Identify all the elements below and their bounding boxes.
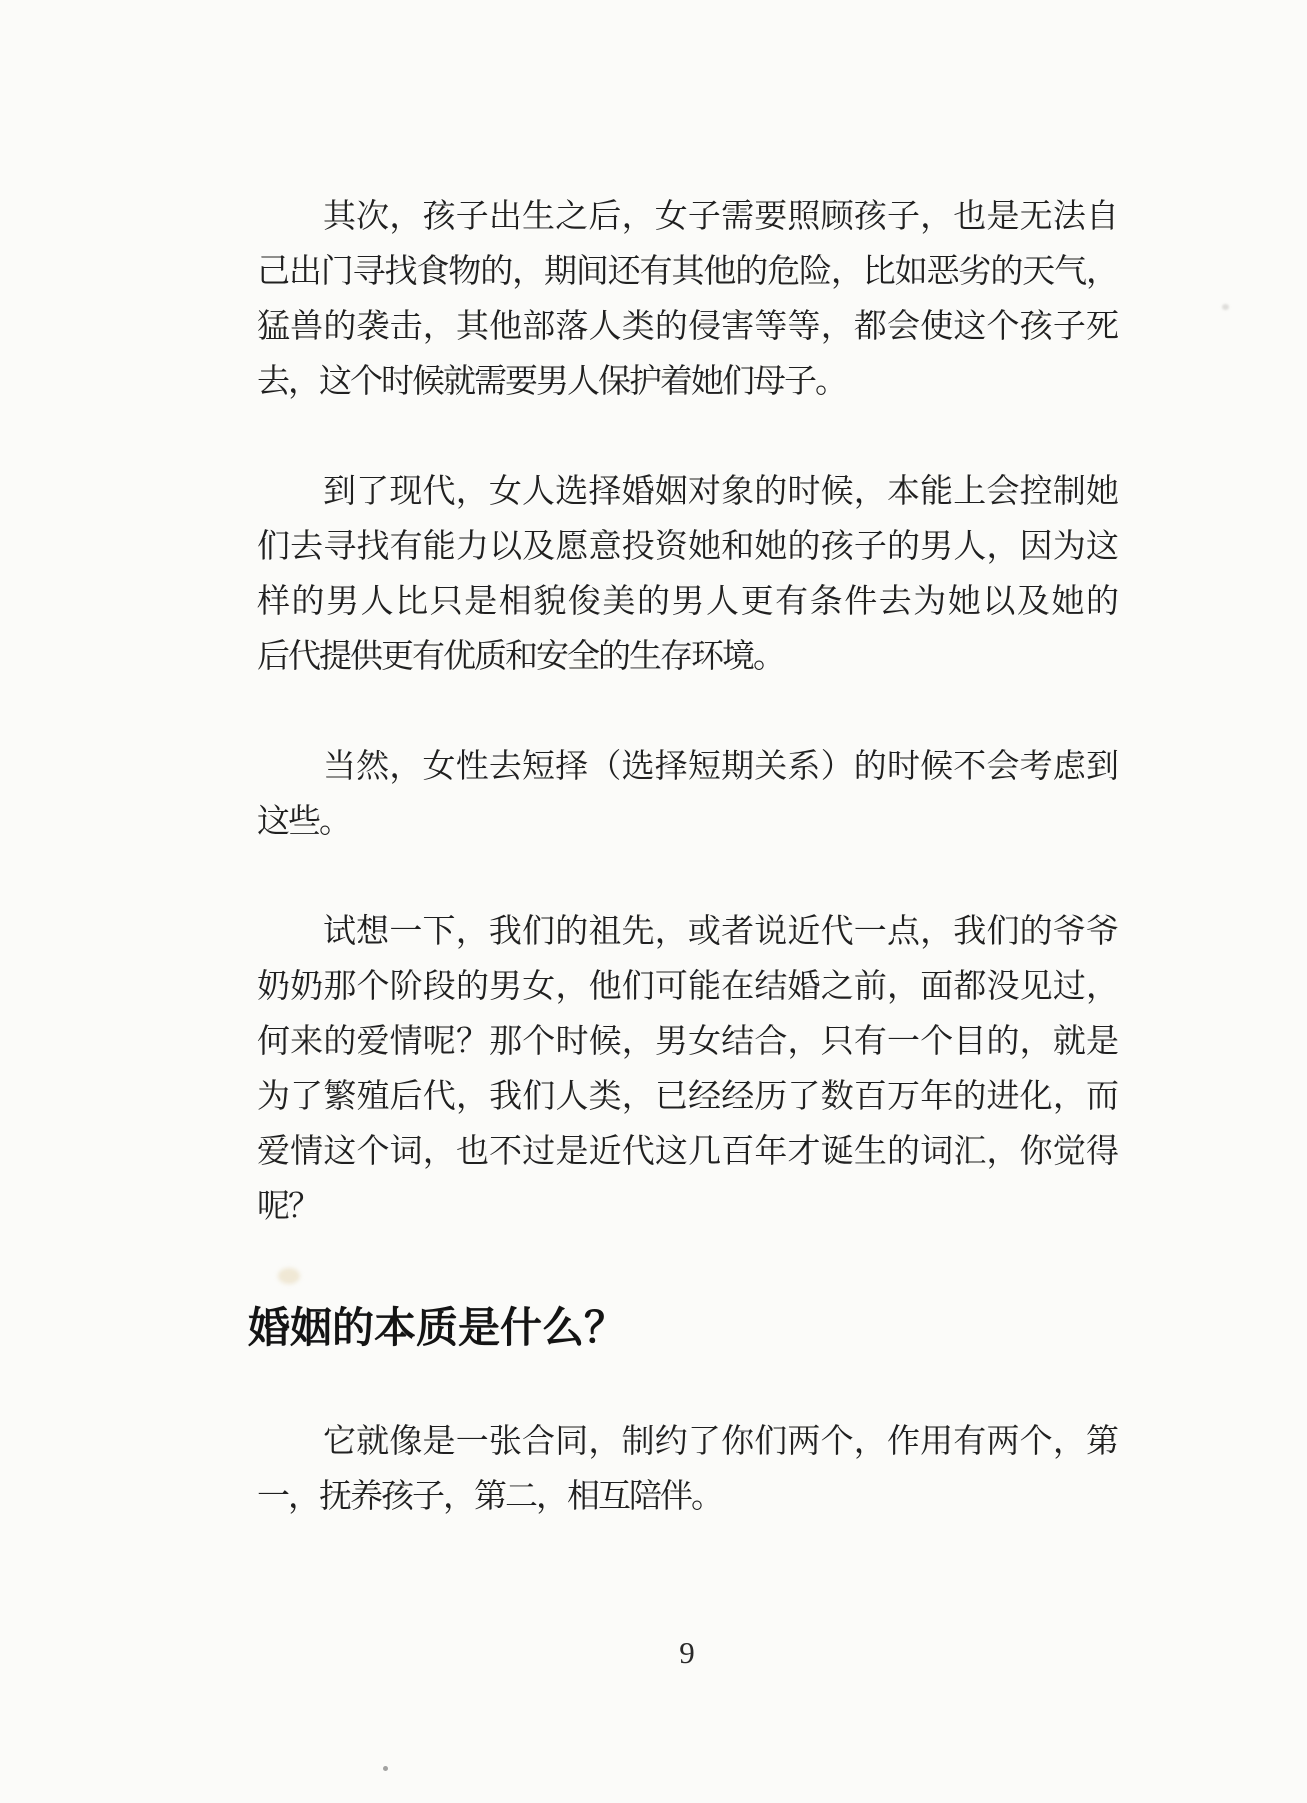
- text-line: 猛兽的袭击，其他部落人类的侵害等等，都会使这个孩子死: [257, 300, 1117, 355]
- text-line: 其次，孩子出生之后，女子需要照顾孩子，也是无法自: [257, 190, 1117, 245]
- text-line: 为了繁殖后代，我们人类，已经经历了数百万年的进化，而: [257, 1070, 1117, 1125]
- scan-speck: [1222, 304, 1229, 310]
- text-line: 奶奶那个阶段的男女，他们可能在结婚之前，面都没见过，: [257, 960, 1117, 1015]
- text-line: 这些。: [257, 795, 1117, 850]
- scan-speck: [383, 1766, 388, 1771]
- text-line: 到了现代，女人选择婚姻对象的时候，本能上会控制她: [257, 465, 1117, 520]
- text-line: 它就像是一张合同，制约了你们两个，作用有两个，第: [257, 1415, 1117, 1470]
- paragraph-3: 当然，女性去短择（选择短期关系）的时候不会考虑到 这些。: [257, 740, 1117, 850]
- paragraph-1: 其次，孩子出生之后，女子需要照顾孩子，也是无法自 己出门寻找食物的，期间还有其他…: [257, 190, 1117, 410]
- text-line: 何来的爱情呢？那个时候，男女结合，只有一个目的，就是: [257, 1015, 1117, 1070]
- text-line: 后代提供更有优质和安全的生存环境。: [257, 630, 1117, 685]
- text-line: 们去寻找有能力以及愿意投资她和她的孩子的男人，因为这: [257, 520, 1117, 575]
- text-line: 一，抚养孩子，第二，相互陪伴。: [257, 1470, 1117, 1525]
- text-line: 样的男人比只是相貌俊美的男人更有条件去为她以及她的: [257, 575, 1117, 630]
- text-line: 爱情这个词，也不过是近代这几百年才诞生的词汇，你觉得: [257, 1125, 1117, 1180]
- page-number: 9: [257, 1633, 1117, 1673]
- text-line: 当然，女性去短择（选择短期关系）的时候不会考虑到: [257, 740, 1117, 795]
- paragraph-4: 试想一下，我们的祖先，或者说近代一点，我们的爷爷 奶奶那个阶段的男女，他们可能在…: [257, 905, 1117, 1235]
- text-line: 呢？: [257, 1180, 1117, 1235]
- text-line: 己出门寻找食物的，期间还有其他的危险，比如恶劣的天气，: [257, 245, 1117, 300]
- paragraph-5: 它就像是一张合同，制约了你们两个，作用有两个，第 一，抚养孩子，第二，相互陪伴。: [257, 1415, 1117, 1525]
- page-content: 其次，孩子出生之后，女子需要照顾孩子，也是无法自 己出门寻找食物的，期间还有其他…: [257, 0, 1117, 1673]
- section-heading: 婚姻的本质是什么？: [248, 1300, 1117, 1355]
- scan-smudge: [278, 1268, 300, 1284]
- paragraph-2: 到了现代，女人选择婚姻对象的时候，本能上会控制她 们去寻找有能力以及愿意投资她和…: [257, 465, 1117, 685]
- text-line: 试想一下，我们的祖先，或者说近代一点，我们的爷爷: [257, 905, 1117, 960]
- document-page: 其次，孩子出生之后，女子需要照顾孩子，也是无法自 己出门寻找食物的，期间还有其他…: [0, 0, 1307, 1803]
- text-line: 去，这个时候就需要男人保护着她们母子。: [257, 355, 1117, 410]
